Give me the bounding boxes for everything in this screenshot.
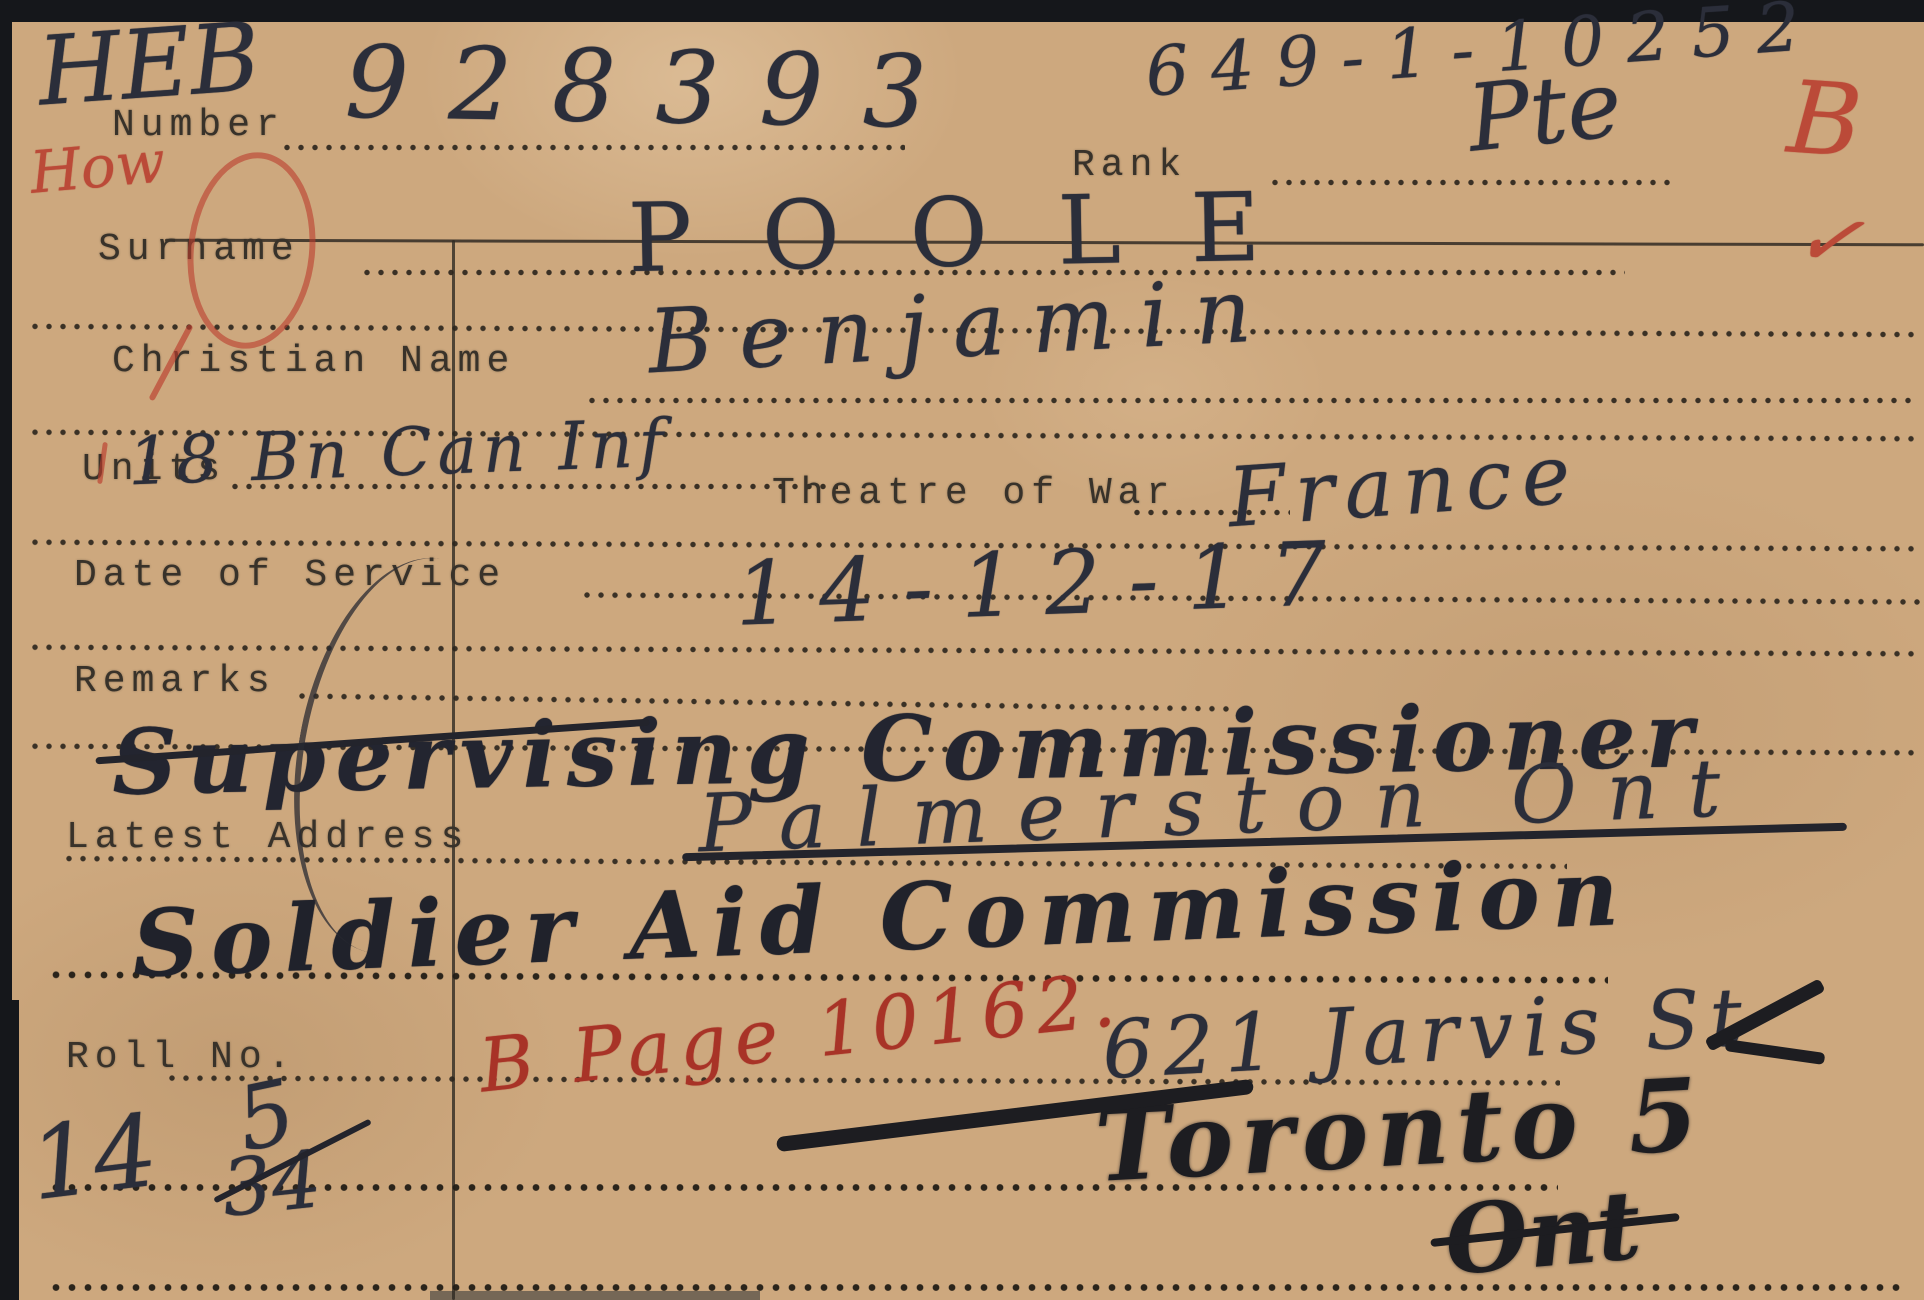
corner-initials-handwriting: HEB (35, 10, 263, 120)
number-value-handwriting: 928393 (344, 33, 967, 144)
dotted-line (585, 396, 1915, 405)
dotted-line (48, 1283, 1903, 1293)
red-grade-letter: B (1785, 68, 1865, 173)
theatre-of-war-label: Theatre of War (772, 472, 1175, 515)
dotted-line (28, 643, 1918, 659)
units-value-handwriting: 18 Bn Can Inf (127, 411, 670, 496)
date-of-service-value-handwriting: 14-12-17 (734, 529, 1356, 639)
red-note-handwriting: How (28, 132, 168, 202)
dotted-line (1268, 178, 1678, 187)
rank-value-handwriting: Pte (1464, 58, 1626, 166)
red-checkmark: ✓ (1789, 195, 1869, 285)
remarks-label: Remarks (74, 660, 276, 703)
bottom-left-number-handwriting: 14 (24, 1101, 162, 1216)
service-record-card: Number Rank Surname Christian Name Units… (0, 0, 1924, 1300)
scan-edge-left-lower (0, 1000, 19, 1300)
